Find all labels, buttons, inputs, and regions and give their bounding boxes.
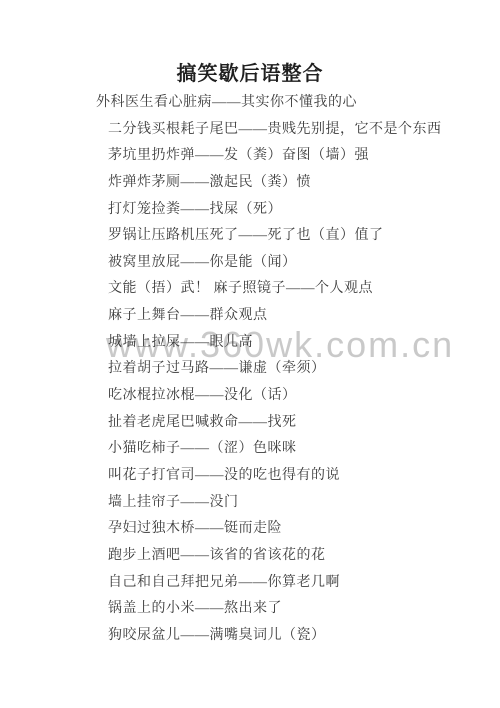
list-item: 打灯笼捡粪——找屎（死） (0, 197, 500, 224)
list-item: 麻子上舞台——群众观点 (0, 303, 500, 330)
line-list: 外科医生看心脏病——其实你不懂我的心二分钱买根耗子尾巴——贵贱先别提，它不是个东… (0, 90, 500, 649)
list-item: 扯着老虎尾巴喊救命——找死 (0, 410, 500, 437)
list-item: 小猫吃柿子——（涩）色咪咪 (0, 436, 500, 463)
list-item: 二分钱买根耗子尾巴——贵贱先别提，它不是个东西 (0, 117, 500, 144)
list-item: 文能（捂）武！ 麻子照镜子——个人观点 (0, 276, 500, 303)
list-item: 自己和自己拜把兄弟——你算老几啊 (0, 570, 500, 597)
list-item: 孕妇过独木桥——铤而走险 (0, 516, 500, 543)
list-item: 城墙上拉屎——眼儿高 (0, 330, 500, 357)
list-item: 外科医生看心脏病——其实你不懂我的心 (0, 90, 500, 117)
list-item: 炸弹炸茅厕——激起民（粪）愤 (0, 170, 500, 197)
list-item: 罗锅让压路机压死了——死了也（直）值了 (0, 223, 500, 250)
list-item: 跑步上酒吧——该省的省该花的花 (0, 543, 500, 570)
list-item: 狗咬尿盆儿——满嘴臭词儿（瓷） (0, 623, 500, 650)
list-item: 吃冰棍拉冰棍——没化（话） (0, 383, 500, 410)
list-item: 茅坑里扔炸弹——发（粪）奋图（墙）强 (0, 143, 500, 170)
page-title: 搞笑歇后语整合 (0, 57, 500, 86)
list-item: 被窝里放屁——你是能（闻） (0, 250, 500, 277)
list-item: 墙上挂帘子——没门 (0, 490, 500, 517)
document-page: 搞笑歇后语整合 外科医生看心脏病——其实你不懂我的心二分钱买根耗子尾巴——贵贱先… (0, 0, 500, 708)
list-item: 锅盖上的小米——熬出来了 (0, 596, 500, 623)
list-item: 拉着胡子过马路——谦虚（牵须） (0, 356, 500, 383)
list-item: 叫花子打官司——没的吃也得有的说 (0, 463, 500, 490)
